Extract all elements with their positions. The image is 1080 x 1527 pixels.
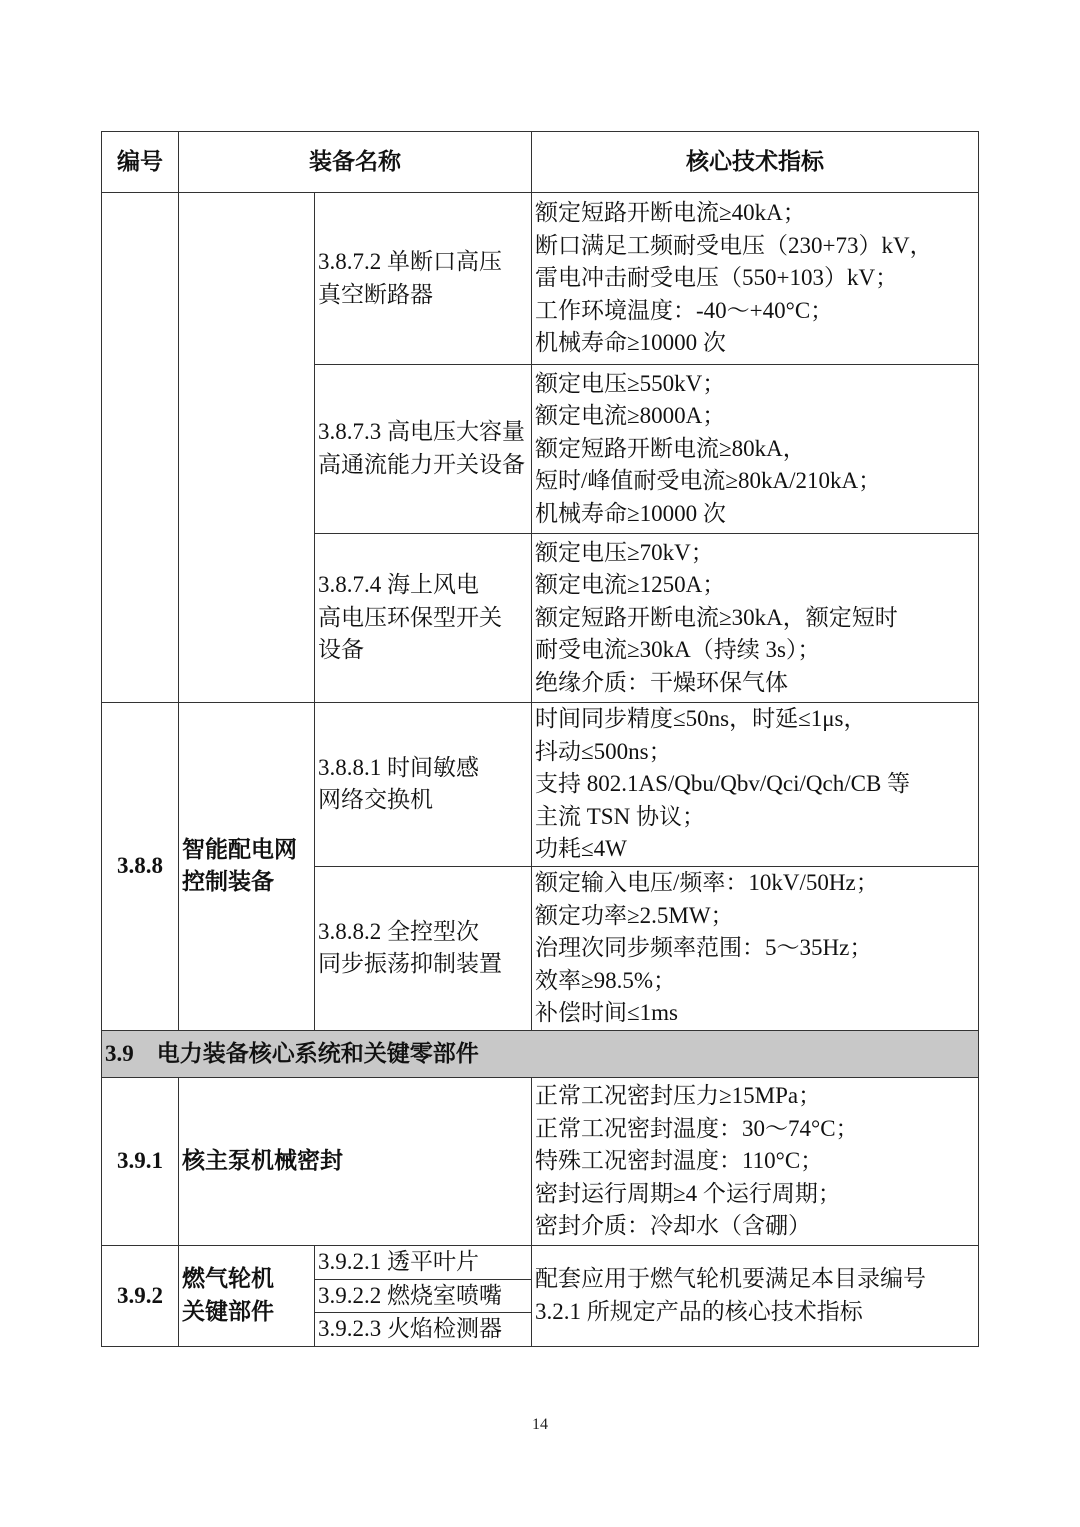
group-name: 燃气轮机 关键部件 [179,1245,315,1346]
header-metrics: 核心技术指标 [532,132,979,193]
item-name: 3.8.8.2 全控型次 同步振荡抑制装置 [315,866,532,1030]
item-metrics: 额定输入电压/频率：10kV/50Hz； 额定功率≥2.5MW； 治理次同步频率… [532,866,979,1030]
item-name: 3.8.7.4 海上风电 高电压环保型开关 设备 [315,534,532,703]
item-name: 3.8.7.3 高电压大容量 高通流能力开关设备 [315,365,532,534]
section-title: 3.9 电力装备核心系统和关键零部件 [102,1030,979,1077]
item-metrics: 额定短路开断电流≥40kA； 断口满足工频耐受电压（230+73）kV， 雷电冲… [532,193,979,365]
item-metrics: 配套应用于燃气轮机要满足本目录编号 3.2.1 所规定产品的核心技术指标 [532,1245,979,1346]
group-name: 智能配电网 控制装备 [179,703,315,1031]
item-name: 3.9.2.2 燃烧室喷嘴 [315,1279,532,1313]
table-row: 3.9.2 燃气轮机 关键部件 3.9.2.1 透平叶片 配套应用于燃气轮机要满… [102,1245,979,1279]
item-metrics: 时间同步精度≤50ns，时延≤1μs， 抖动≤500ns； 支持 802.1AS… [532,703,979,867]
table-row: 3.8.8 智能配电网 控制装备 3.8.8.1 时间敏感 网络交换机 时间同步… [102,703,979,867]
code-cell-empty [102,193,179,703]
section-header-row: 3.9 电力装备核心系统和关键零部件 [102,1030,979,1077]
table-row: 3.8.7.2 单断口高压 真空断路器 额定短路开断电流≥40kA； 断口满足工… [102,193,979,365]
item-name: 3.9.2.3 火焰检测器 [315,1313,532,1347]
item-name: 3.9.2.1 透平叶片 [315,1245,532,1279]
item-code: 3.9.1 [102,1077,179,1245]
group-code: 3.9.2 [102,1245,179,1346]
document-page: 编号 装备名称 核心技术指标 3.8.7.2 单断口高压 真空断路器 额定短路开… [0,0,1080,1527]
item-metrics: 额定电压≥550kV； 额定电流≥8000A； 额定短路开断电流≥80kA， 短… [532,365,979,534]
group-name-empty [179,193,315,703]
item-metrics: 正常工况密封压力≥15MPa； 正常工况密封温度：30～74°C； 特殊工况密封… [532,1077,979,1245]
page-number: 14 [0,1416,1080,1434]
table-row: 3.9.1 核主泵机械密封 正常工况密封压力≥15MPa； 正常工况密封温度：3… [102,1077,979,1245]
item-name: 核主泵机械密封 [179,1077,532,1245]
table-header-row: 编号 装备名称 核心技术指标 [102,132,979,193]
header-code: 编号 [102,132,179,193]
item-metrics: 额定电压≥70kV； 额定电流≥1250A； 额定短路开断电流≥30kA，额定短… [532,534,979,703]
group-code: 3.8.8 [102,703,179,1031]
header-name: 装备名称 [179,132,532,193]
spec-table: 编号 装备名称 核心技术指标 3.8.7.2 单断口高压 真空断路器 额定短路开… [101,131,979,1347]
item-name: 3.8.8.1 时间敏感 网络交换机 [315,703,532,867]
item-name: 3.8.7.2 单断口高压 真空断路器 [315,193,532,365]
